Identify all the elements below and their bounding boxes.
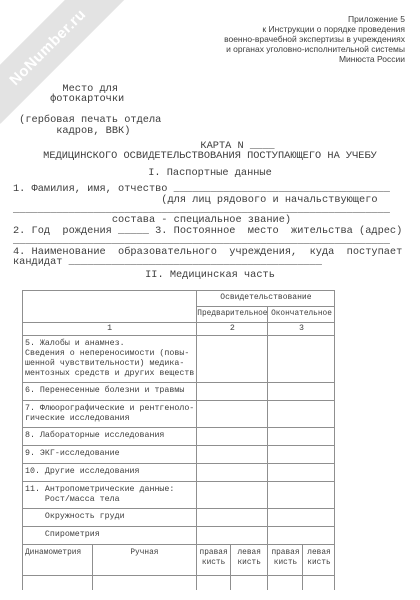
dynamometry-type: Ручная (92, 544, 197, 575)
table-value-cell (268, 526, 335, 544)
table-value-cell (197, 382, 268, 400)
table-row-label: 11. Антропометрические данные: Рост/масс… (23, 481, 197, 508)
hand-sub-header: левая кисть (303, 544, 335, 575)
appendix-note: Приложение 5 к Инструкции о порядке пров… (13, 14, 407, 64)
table-value-cell (197, 575, 231, 590)
table-value-cell (268, 575, 303, 590)
table-value-cell (197, 463, 268, 481)
table-value-cell (197, 400, 268, 427)
table-value-cell (23, 575, 93, 590)
table-row-label: Спирометрия (23, 526, 197, 544)
table-corner-cell (23, 290, 197, 322)
passport-line-candidate: кандидат _______________________________… (13, 257, 407, 267)
column-number-3: 3 (268, 322, 335, 335)
appendix-note-line: и органах уголовно-исполнительной систем… (13, 44, 405, 54)
table-row-label: 9. ЭКГ-исследование (23, 445, 197, 463)
table-value-cell (197, 335, 268, 382)
photo-placeholder-block: Место для фотокарточки (гербовая печать … (13, 84, 407, 136)
table-value-cell (303, 575, 335, 590)
column-number-2: 2 (197, 322, 268, 335)
table-row-label: 5. Жалобы и анамнез. Сведения о неперено… (23, 335, 197, 382)
medical-table: Освидетельствование Предварительное Окон… (22, 290, 335, 590)
table-value-cell (197, 526, 268, 544)
table-value-cell (197, 508, 268, 526)
table-row-label: 6. Перенесенные болезни и травмы (23, 382, 197, 400)
appendix-note-line: Минюста России (13, 54, 405, 64)
table-value-cell (268, 508, 335, 526)
hand-sub-header: правая кисть (197, 544, 231, 575)
passport-section: 1. Фамилия, имя, отчество ______________… (13, 184, 407, 267)
table-value-cell (197, 427, 268, 445)
stamp-note-line: кадров, ВВК) (13, 126, 407, 136)
preliminary-column-header: Предварительное (197, 306, 268, 322)
table-value-cell (268, 427, 335, 445)
table-value-cell (230, 575, 268, 590)
table-value-cell (92, 575, 197, 590)
appendix-note-line: Приложение 5 (13, 14, 405, 24)
table-row-label: 8. Лабораторные исследования (23, 427, 197, 445)
column-number-1: 1 (23, 322, 197, 335)
table-value-cell (197, 481, 268, 508)
table-row-label: 7. Флюорографические и рентгеноло- гичес… (23, 400, 197, 427)
card-title: МЕДИЦИНСКОГО ОСВИДЕТЕЛЬСТВОВАНИЯ ПОСТУПА… (13, 151, 407, 161)
section-2-title: II. Медицинская часть (13, 270, 407, 280)
table-value-cell (268, 445, 335, 463)
card-header: КАРТА N ____ МЕДИЦИНСКОГО ОСВИДЕТЕЛЬСТВО… (13, 141, 407, 162)
table-value-cell (268, 463, 335, 481)
table-value-cell (268, 400, 335, 427)
table-value-cell (268, 335, 335, 382)
table-value-cell (197, 445, 268, 463)
final-column-header: Окончательное (268, 306, 335, 322)
dynamometry-label: Динамометрия (23, 544, 93, 575)
table-value-cell (268, 481, 335, 508)
table-row-label: 10. Другие исследования (23, 463, 197, 481)
section-1-title: I. Паспортные данные (13, 168, 407, 178)
hand-sub-header: левая кисть (230, 544, 268, 575)
document-page: NoNumber.ru Приложение 5 к Инструкции о … (0, 0, 420, 600)
photo-placeholder-line: фотокарточки (13, 94, 407, 104)
table-value-cell (268, 382, 335, 400)
document-content: Приложение 5 к Инструкции о порядке пров… (0, 0, 420, 590)
appendix-note-line: военно-врачебной экспертизы в учреждения… (13, 34, 405, 44)
table-row-label: Окружность груди (23, 508, 197, 526)
examination-group-header: Освидетельствование (197, 290, 335, 306)
appendix-note-line: к Инструкции о порядке проведения (13, 24, 405, 34)
hand-sub-header: правая кисть (268, 544, 303, 575)
